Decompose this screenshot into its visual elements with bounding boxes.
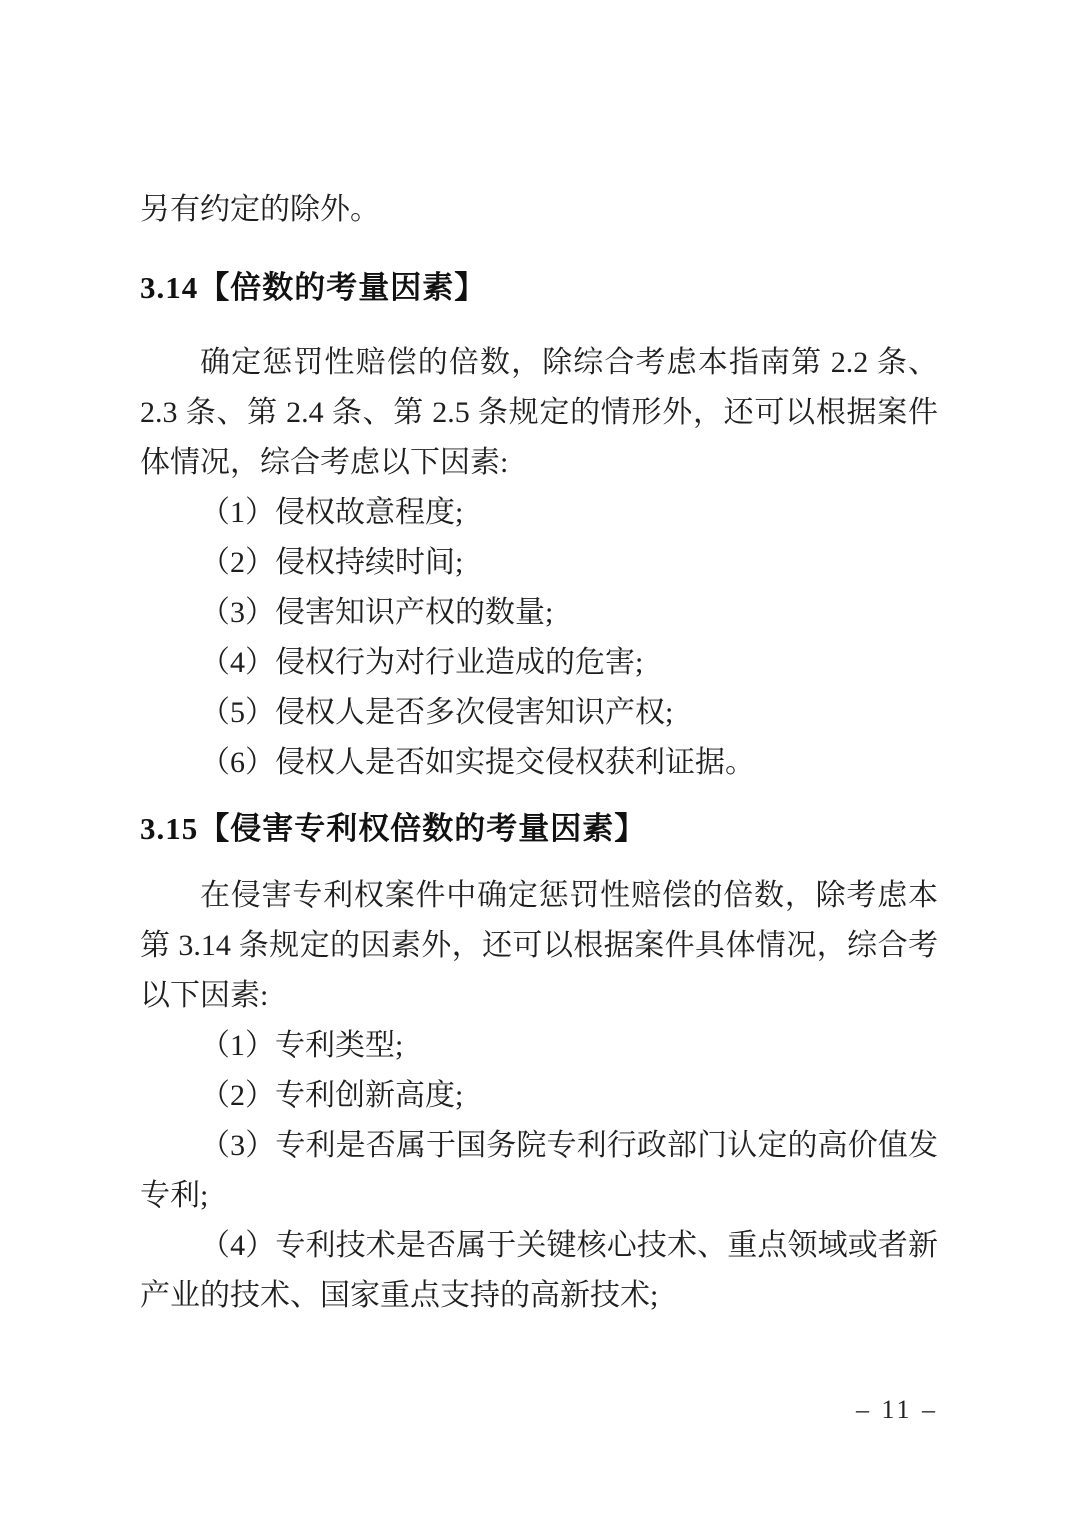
paragraph-line: 以下因素: (140, 971, 938, 1021)
list-item-continuation: 产业的技术、国家重点支持的高新技术; (140, 1271, 938, 1321)
list-item-continuation: 专利; (140, 1171, 938, 1221)
paragraph-continuation-line: 另有约定的除外。 (140, 185, 938, 235)
list-item: （3）侵害知识产权的数量; (140, 588, 938, 638)
list-item: （3）专利是否属于国务院专利行政部门认定的高价值发明 (140, 1121, 938, 1171)
paragraph-line: 体情况，综合考虑以下因素: (140, 438, 938, 488)
section-3-14-factor-list: （1）侵权故意程度; （2）侵权持续时间; （3）侵害知识产权的数量; （4）侵… (140, 488, 938, 788)
list-item: （5）侵权人是否多次侵害知识产权; (140, 688, 938, 738)
paragraph-line: 第 3.14 条规定的因素外，还可以根据案件具体情况，综合考虑 (140, 921, 938, 971)
section-heading-3-15: 3.15【侵害专利权倍数的考量因素】 (140, 803, 938, 855)
section-heading-3-14: 3.14【倍数的考量因素】 (140, 262, 938, 314)
section-3-14-intro-paragraph: 确定惩罚性赔偿的倍数，除综合考虑本指南第 2.2 条、第 2.3 条、第 2.4… (140, 338, 938, 488)
section-3-15-factor-list: （1）专利类型; （2）专利创新高度; （3）专利是否属于国务院专利行政部门认定… (140, 1021, 938, 1321)
list-item: （2）侵权持续时间; (140, 538, 938, 588)
list-item: （1）侵权故意程度; (140, 488, 938, 538)
document-content: 另有约定的除外。 3.14【倍数的考量因素】 确定惩罚性赔偿的倍数，除综合考虑本… (140, 185, 938, 1321)
paragraph-line: 2.3 条、第 2.4 条、第 2.5 条规定的情形外，还可以根据案件具 (140, 388, 938, 438)
list-item: （4）专利技术是否属于关键核心技术、重点领域或者新兴 (140, 1221, 938, 1271)
document-page: 另有约定的除外。 3.14【倍数的考量因素】 确定惩罚性赔偿的倍数，除综合考虑本… (0, 0, 1080, 1526)
list-item: （1）专利类型; (140, 1021, 938, 1071)
page-number: – 11 – (856, 1394, 938, 1426)
paragraph-line: 确定惩罚性赔偿的倍数，除综合考虑本指南第 2.2 条、第 (140, 338, 938, 388)
list-item: （6）侵权人是否如实提交侵权获利证据。 (140, 738, 938, 788)
paragraph-line: 在侵害专利权案件中确定惩罚性赔偿的倍数，除考虑本指南 (140, 871, 938, 921)
list-item: （4）侵权行为对行业造成的危害; (140, 638, 938, 688)
section-3-15-intro-paragraph: 在侵害专利权案件中确定惩罚性赔偿的倍数，除考虑本指南 第 3.14 条规定的因素… (140, 871, 938, 1021)
list-item: （2）专利创新高度; (140, 1071, 938, 1121)
